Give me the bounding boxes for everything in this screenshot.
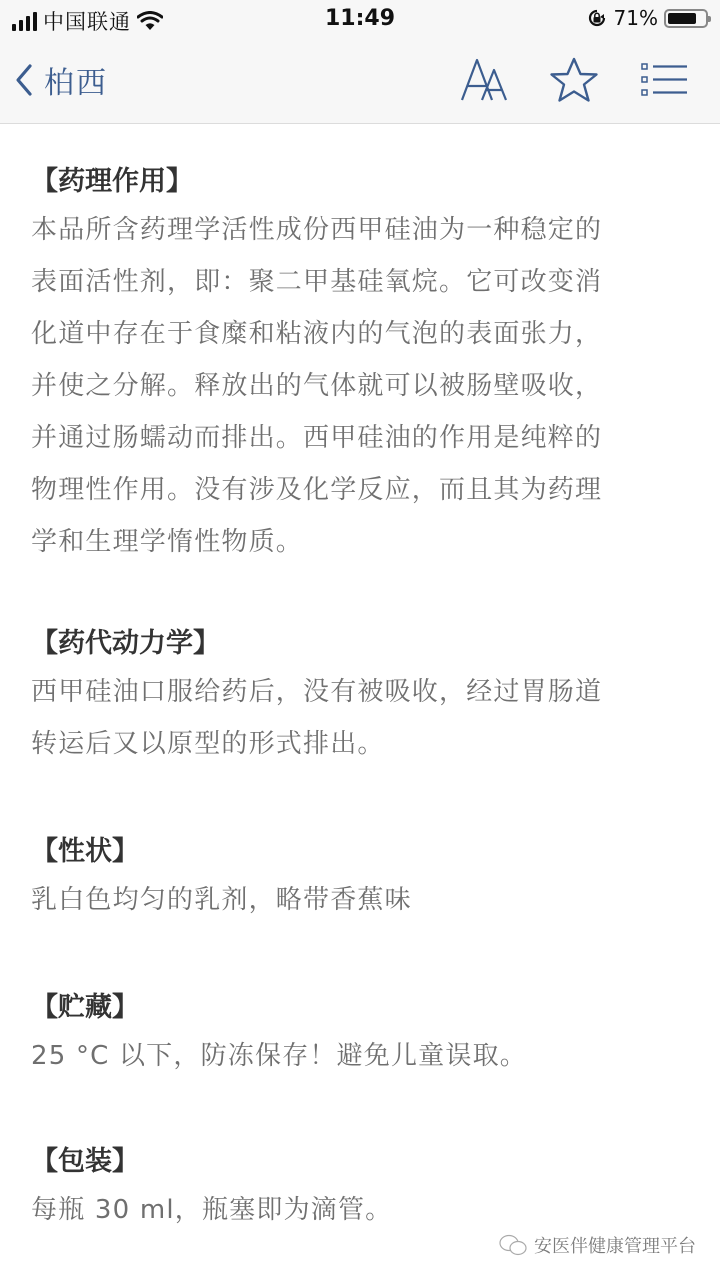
watermark-text: 安医伴健康管理平台 [534, 1232, 696, 1258]
status-right: 71% [586, 6, 708, 30]
section-pharmacokinetics: 【药代动力学】 西甲硅油口服给药后，没有被吸收，经过胃肠道 转运后又以原型的形式… [31, 622, 711, 770]
back-label: 柏西 [44, 58, 108, 102]
watermark: 安医伴健康管理平台 [498, 1232, 696, 1258]
section-line: 并使之分解。释放出的气体就可以被肠壁吸收， [31, 360, 711, 412]
status-bar: 中国联通 11:49 71% [0, 0, 720, 40]
section-title: 【性状】 [31, 830, 711, 874]
section-line: 物理性作用。没有涉及化学反应，而且其为药理 [31, 464, 711, 516]
rotation-lock-icon [586, 7, 608, 29]
section-title: 【包装】 [31, 1140, 711, 1184]
nav-bar: 柏西 [0, 40, 720, 124]
section-title: 【药理作用】 [31, 160, 711, 204]
section-line: 转运后又以原型的形式排出。 [31, 718, 711, 770]
section-pharmacology: 【药理作用】 本品所含药理学活性成份西甲硅油为一种稳定的 表面活性剂，即：聚二甲… [31, 160, 711, 568]
section-packaging: 【包装】 每瓶 30 ml，瓶塞即为滴管。 [31, 1140, 711, 1236]
star-icon[interactable] [548, 56, 600, 104]
section-line: 西甲硅油口服给药后，没有被吸收，经过胃肠道 [31, 666, 711, 718]
section-line: 化道中存在于食糜和粘液内的气泡的表面张力， [31, 308, 711, 360]
section-storage: 【贮藏】 25 °C 以下，防冻保存！避免儿童误取。 [31, 986, 711, 1082]
font-size-icon[interactable] [458, 54, 510, 104]
list-icon[interactable] [640, 60, 690, 100]
section-line: 本品所含药理学活性成份西甲硅油为一种稳定的 [31, 204, 711, 256]
section-title: 【药代动力学】 [31, 622, 711, 666]
section-line: 表面活性剂，即：聚二甲基硅氧烷。它可改变消 [31, 256, 711, 308]
section-line: 学和生理学惰性物质。 [31, 516, 711, 568]
section-line: 并通过肠蠕动而排出。西甲硅油的作用是纯粹的 [31, 412, 711, 464]
chevron-left-icon [14, 63, 34, 97]
battery-icon [664, 9, 708, 28]
battery-percent: 71% [614, 6, 658, 30]
section-appearance: 【性状】 乳白色均匀的乳剂，略带香蕉味 [31, 830, 711, 926]
section-title: 【贮藏】 [31, 986, 711, 1030]
section-line: 乳白色均匀的乳剂，略带香蕉味 [31, 874, 711, 926]
back-button[interactable]: 柏西 [14, 58, 108, 102]
wechat-icon [498, 1233, 528, 1257]
section-line: 每瓶 30 ml，瓶塞即为滴管。 [31, 1184, 711, 1236]
section-line: 25 °C 以下，防冻保存！避免儿童误取。 [31, 1030, 711, 1082]
